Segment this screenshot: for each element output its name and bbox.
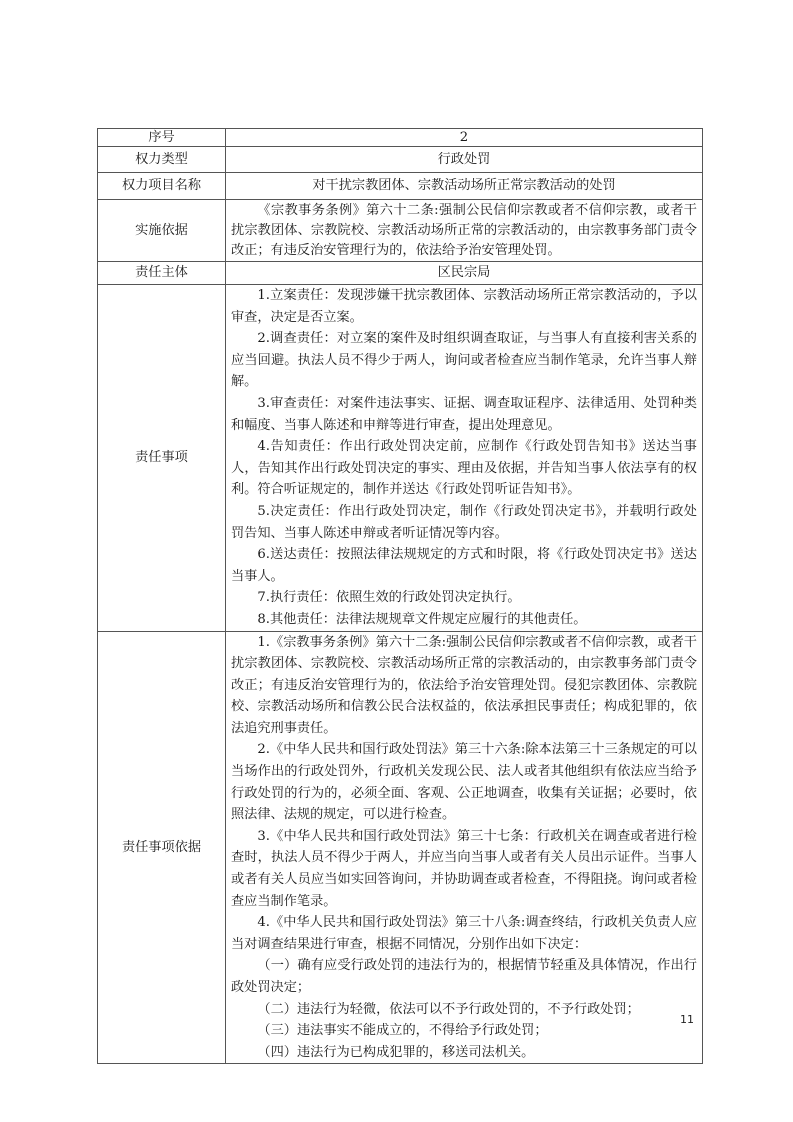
duty-basis-paragraph: （一）确有应受行政处罚的违法行为的，根据情节轻重及具体情况，作出行政处罚决定； [231, 955, 697, 998]
row-sequence: 序号 2 [98, 129, 703, 147]
row-duty-basis: 责任事项依据 1.《宗教事务条例》第六十二条:强制公民信仰宗教或者不信仰宗教，或… [98, 631, 703, 1064]
duty-paragraph: 3.审查责任：对案件违法事实、证据、调查取证程序、法律适用、处罚种类和幅度、当事… [231, 393, 697, 436]
duty-paragraph: 1.立案责任：发现涉嫌干扰宗教团体、宗教活动场所正常宗教活动的，予以审查，决定是… [231, 285, 697, 328]
value-implementation-basis: 《宗教事务条例》第六十二条:强制公民信仰宗教或者不信仰宗教，或者干扰宗教团体、宗… [226, 200, 703, 262]
value-power-type: 行政处罚 [226, 147, 703, 173]
label-power-type: 权力类型 [98, 147, 226, 173]
page-number: 11 [680, 1013, 694, 1026]
duty-paragraph: 5.决定责任：作出行政处罚决定，制作《行政处罚决定书》，并载明行政处罚告知、当事… [231, 501, 697, 544]
value-sequence: 2 [226, 129, 703, 147]
duty-paragraph: 4.告知责任：作出行政处罚决定前，应制作《行政处罚告知书》送达当事人，告知其作出… [231, 436, 697, 501]
row-responsible-subject: 责任主体 区民宗局 [98, 262, 703, 285]
power-item-table: 序号 2 权力类型 行政处罚 权力项目名称 对干扰宗教团体、宗教活动场所正常宗教… [97, 128, 703, 1064]
label-sequence: 序号 [98, 129, 226, 147]
duty-basis-paragraph: 3.《中华人民共和国行政处罚法》第三十七条：行政机关在调查或者进行检查时，执法人… [231, 826, 697, 912]
label-duty-basis: 责任事项依据 [98, 631, 226, 1064]
duty-basis-paragraph: 4.《中华人民共和国行政处罚法》第三十八条:调查终结，行政机关负责人应当对调查结… [231, 912, 697, 955]
duty-paragraph: 7.执行责任：依照生效的行政处罚决定执行。 [231, 587, 697, 609]
duty-basis-paragraph: 2.《中华人民共和国行政处罚法》第三十六条:除本法第三十三条规定的可以当场作出的… [231, 739, 697, 825]
row-power-type: 权力类型 行政处罚 [98, 147, 703, 173]
duty-paragraph: 2.调查责任：对立案的案件及时组织调查取证，与当事人有直接利害关系的应当回避。执… [231, 328, 697, 393]
duty-paragraph: 6.送达责任：按照法律法规规定的方式和时限，将《行政处罚决定书》送达当事人。 [231, 544, 697, 587]
duty-basis-paragraph: 1.《宗教事务条例》第六十二条:强制公民信仰宗教或者不信仰宗教，或者干扰宗教团体… [231, 632, 697, 740]
basis-paragraph: 《宗教事务条例》第六十二条:强制公民信仰宗教或者不信仰宗教，或者干扰宗教团体、宗… [231, 201, 697, 261]
value-duty-basis: 1.《宗教事务条例》第六十二条:强制公民信仰宗教或者不信仰宗教，或者干扰宗教团体… [226, 631, 703, 1064]
value-duties: 1.立案责任：发现涉嫌干扰宗教团体、宗教活动场所正常宗教活动的，予以审查，决定是… [226, 285, 703, 632]
duty-basis-paragraph: （三）违法事实不能成立的，不得给予行政处罚； [231, 1020, 697, 1042]
label-duties: 责任事项 [98, 285, 226, 632]
value-responsible-subject: 区民宗局 [226, 262, 703, 285]
duty-basis-paragraph: （四）违法行为已构成犯罪的，移送司法机关。 [231, 1042, 697, 1064]
label-item-name: 权力项目名称 [98, 173, 226, 200]
row-item-name: 权力项目名称 对干扰宗教团体、宗教活动场所正常宗教活动的处罚 [98, 173, 703, 200]
value-item-name: 对干扰宗教团体、宗教活动场所正常宗教活动的处罚 [226, 173, 703, 200]
row-duties: 责任事项 1.立案责任：发现涉嫌干扰宗教团体、宗教活动场所正常宗教活动的，予以审… [98, 285, 703, 632]
duty-basis-paragraph: （二）违法行为轻微，依法可以不予行政处罚的，不予行政处罚； [231, 999, 697, 1021]
label-implementation-basis: 实施依据 [98, 200, 226, 262]
label-responsible-subject: 责任主体 [98, 262, 226, 285]
duty-paragraph: 8.其他责任：法律法规规章文件规定应履行的其他责任。 [231, 609, 697, 631]
row-implementation-basis: 实施依据 《宗教事务条例》第六十二条:强制公民信仰宗教或者不信仰宗教，或者干扰宗… [98, 200, 703, 262]
